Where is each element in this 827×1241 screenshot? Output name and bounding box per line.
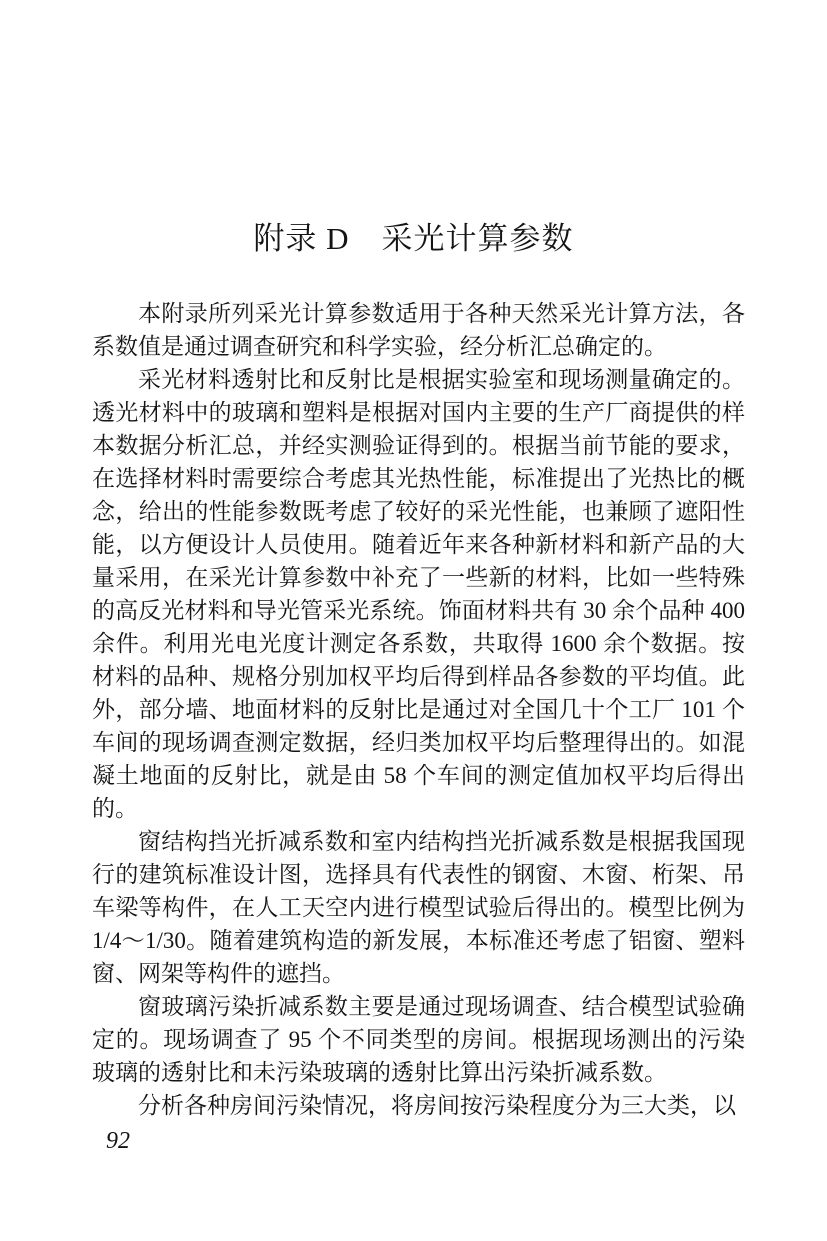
document-page: 附录 D 采光计算参数 本附录所列采光计算参数适用于各种天然采光计算方法，各系数…	[0, 0, 827, 1241]
paragraph: 采光材料透射比和反射比是根据实验室和现场测量确定的。透光材料中的玻璃和塑料是根据…	[92, 363, 745, 825]
paragraph: 窗玻璃污染折减系数主要是通过现场调查、结合模型试验确定的。现场调查了 95 个不…	[92, 990, 745, 1089]
paragraph: 分析各种房间污染情况，将房间按污染程度分为三大类，以	[92, 1089, 745, 1122]
paragraph: 窗结构挡光折减系数和室内结构挡光折减系数是根据我国现行的建筑标准设计图，选择具有…	[92, 825, 745, 990]
body-text: 本附录所列采光计算参数适用于各种天然采光计算方法，各系数值是通过调查研究和科学实…	[92, 297, 745, 1122]
page-number: 92	[106, 1128, 130, 1155]
paragraph: 本附录所列采光计算参数适用于各种天然采光计算方法，各系数值是通过调查研究和科学实…	[92, 297, 745, 363]
page-title: 附录 D 采光计算参数	[0, 213, 827, 258]
